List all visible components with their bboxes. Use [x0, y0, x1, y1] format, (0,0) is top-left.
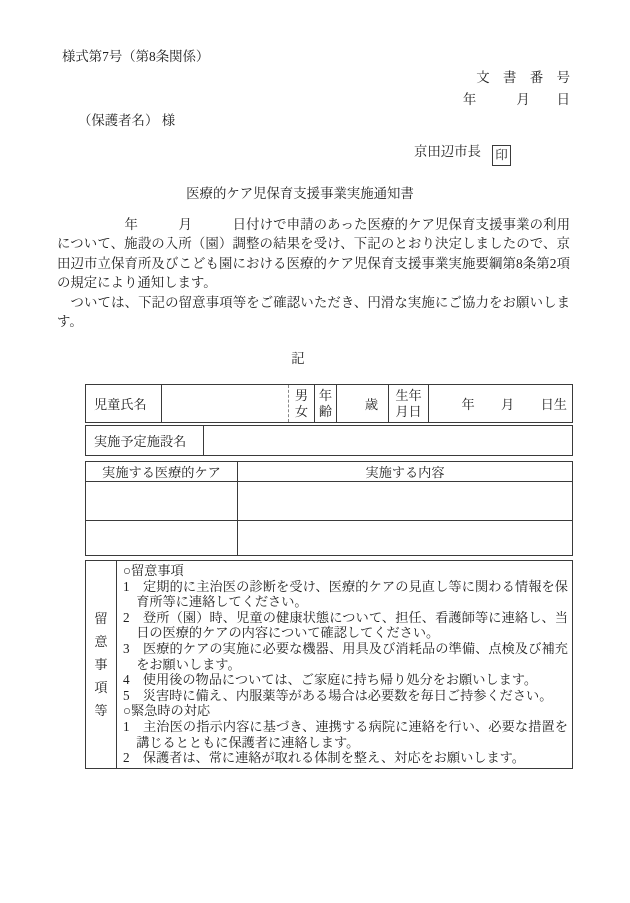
- child-info-table: 児童氏名 男女 年齢 歳 生年月日 年 月 日生: [85, 384, 573, 423]
- facility-table: 実施予定施設名: [85, 425, 573, 456]
- document-number-placeholder: 文 書 番 号: [476, 67, 570, 86]
- care-row-2: [86, 521, 573, 556]
- sender-line: 京田辺市長印: [414, 141, 511, 166]
- ki-marker: 記: [0, 348, 596, 367]
- notes-table: 留意事項等 ○留意事項 1 定期的に主治医の診断を受け、医療的ケアの見直し等に関…: [85, 560, 573, 769]
- form-number-label: 様式第7号（第8条関係）: [62, 46, 209, 65]
- child-name-field: [162, 385, 289, 423]
- note-item: 1 定期的に主治医の診断を受け、医療的ケアの見直し等に関わる情報を保育所等に連絡…: [123, 579, 568, 610]
- note-item: 2 登所（園）時、児童の健康状態について、担任、看護師等に連絡し、当日の医療的ケ…: [123, 610, 568, 641]
- birthdate-label: 生年月日: [389, 385, 429, 423]
- child-info-row: 児童氏名 男女 年齢 歳 生年月日 年 月 日生: [86, 385, 573, 423]
- document-page: 様式第7号（第8条関係） 文 書 番 号 年 月 日 （保護者名） 様 京田辺市…: [0, 0, 630, 903]
- facility-label: 実施予定施設名: [86, 426, 204, 456]
- note-item: 4 使用後の物品については、ご家庭に持ち帰り処分をお願いします。: [123, 672, 568, 688]
- age-unit-label: 歳: [337, 385, 389, 423]
- note-item: 5 災害時に備え、内服薬等がある場合は必要数を毎日ご持参ください。: [123, 688, 568, 704]
- care-content-cell-1: [238, 482, 573, 521]
- care-header-row: 実施する医療的ケア 実施する内容: [86, 462, 573, 482]
- notes-row: 留意事項等 ○留意事項 1 定期的に主治医の診断を受け、医療的ケアの見直し等に関…: [86, 561, 573, 769]
- addressee-label: （保護者名） 様: [78, 110, 175, 129]
- note-item: 2 保護者は、常に連絡が取れる体制を整え、対応をお願いします。: [123, 750, 568, 766]
- medical-care-table: 実施する医療的ケア 実施する内容: [85, 461, 573, 556]
- age-label: 年齢: [315, 385, 337, 423]
- seal-stamp-box: 印: [492, 145, 511, 166]
- notes-side-label: 留意事項等: [86, 561, 117, 769]
- facility-row: 実施予定施設名: [86, 426, 573, 456]
- mayor-name: 京田辺市長: [414, 144, 481, 159]
- facility-field: [204, 426, 573, 456]
- care-type-cell-1: [86, 482, 238, 521]
- notes-heading-2: ○緊急時の対応: [123, 703, 568, 719]
- child-name-label: 児童氏名: [86, 385, 162, 423]
- notes-heading-1: ○留意事項: [123, 563, 568, 579]
- care-content-cell-2: [238, 521, 573, 556]
- note-item: 1 主治医の指示内容に基づき、連携する病院に連絡を行い、必要な措置を講じるととも…: [123, 719, 568, 750]
- sex-label: 男女: [289, 385, 315, 423]
- care-type-header: 実施する医療的ケア: [86, 462, 238, 482]
- body-paragraph-1: 年 月 日付けで申請のあった医療的ケア児保育支援事業の利用について、施設の入所（…: [57, 215, 570, 293]
- birthdate-field: 年 月 日生: [429, 385, 573, 423]
- document-date-placeholder: 年 月 日: [463, 89, 570, 108]
- body-paragraph-2: ついては、下記の留意事項等をご確認いただき、円滑な実施にご協力をお願いします。: [57, 293, 570, 332]
- document-title: 医療的ケア児保育支援事業実施通知書: [0, 183, 600, 202]
- care-content-header: 実施する内容: [238, 462, 573, 482]
- note-item: 3 医療的ケアの実施に必要な機器、用具及び消耗品の準備、点検及び補充をお願いしま…: [123, 641, 568, 672]
- notes-body: ○留意事項 1 定期的に主治医の診断を受け、医療的ケアの見直し等に関わる情報を保…: [117, 561, 573, 769]
- body-text: 年 月 日付けで申請のあった医療的ケア児保育支援事業の利用について、施設の入所（…: [57, 215, 570, 331]
- care-type-cell-2: [86, 521, 238, 556]
- care-row-1: [86, 482, 573, 521]
